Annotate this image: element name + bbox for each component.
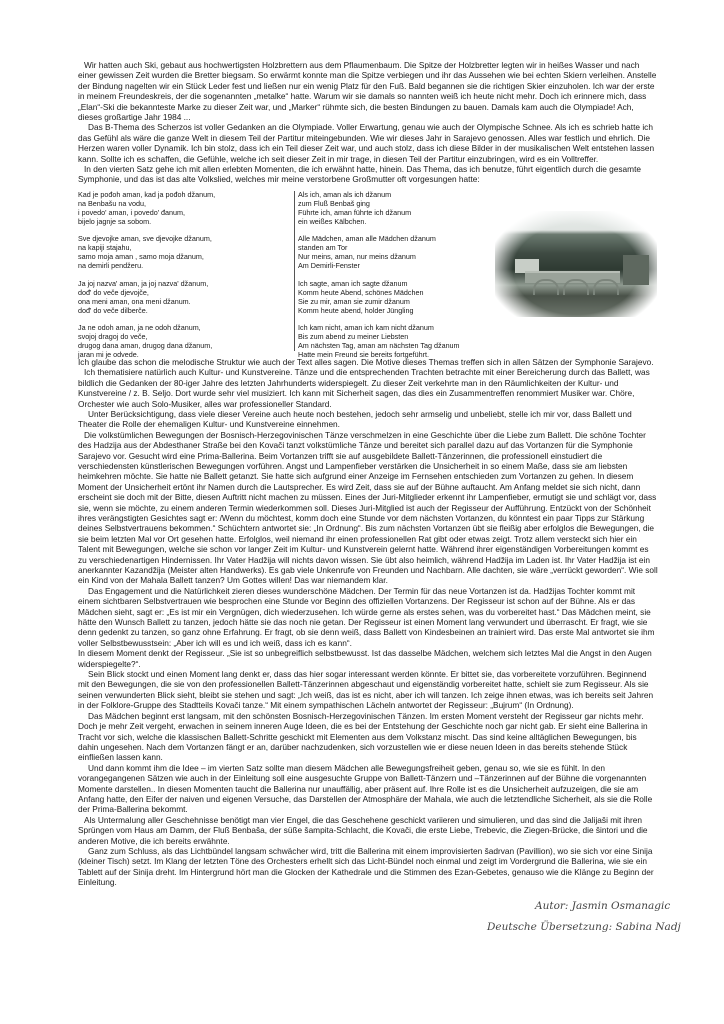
paragraph-folk-movements: Die volkstümlichen Bewegungen der Bosnis… <box>78 430 658 586</box>
paragraph-gaze: Sein Blick stockt und einen Moment lang … <box>78 669 658 711</box>
paragraph-angels: Als Untermalung aller Geschehnisse benöt… <box>78 815 658 846</box>
author-signature: Autor: Jasmin Osmanagic <box>535 900 670 912</box>
poem-stanza: Sve djevojke aman, sve djevojke džanum, … <box>78 235 283 271</box>
paragraph-b-theme: Das B-Thema des Scherzos ist voller Geda… <box>78 122 658 164</box>
folk-song-section: Kad je pođoh aman, kad ja pođoh džanum, … <box>78 191 658 351</box>
poem-stanza: Kad je pođoh aman, kad ja pođoh džanum, … <box>78 191 283 227</box>
paragraph-ski: Wir hatten auch Ski, gebaut aus hochwert… <box>78 60 658 122</box>
old-bridge-photo <box>495 211 657 317</box>
document-body: Wir hatten auch Ski, gebaut aus hochwert… <box>78 60 658 888</box>
paragraph-director-thinks: In diesem Moment denkt der Regisseur. „S… <box>78 648 658 669</box>
poem-stanza: Ich kam nicht, aman ich kam nicht džanum… <box>298 324 498 360</box>
poem-line: na demirli pendžeru. <box>78 262 283 271</box>
paragraph-engagement: Das Engagement und die Natürlichkeit zie… <box>78 586 658 648</box>
poem-line: bijelo jagnje sa sobom. <box>78 218 283 227</box>
poem-translation: Als ich, aman als ich džanum zum Fluß Be… <box>294 191 498 351</box>
poem-line: ein weißes Kälbchen. <box>298 218 498 227</box>
poem-line: dođ' do veče dilberče. <box>78 307 283 316</box>
paragraph-fourth-movement: In den vierten Satz gehe ich mit allen e… <box>78 164 658 185</box>
poem-original: Kad je pođoh aman, kad ja pođoh džanum, … <box>78 191 283 369</box>
poem-line: jaran mi je odvede. <box>78 351 283 360</box>
poem-stanza: Ja ne odoh aman, ja ne odoh džanum, svoj… <box>78 324 283 360</box>
paragraph-girl-dances: Das Mädchen beginnt erst langsam, mit de… <box>78 711 658 763</box>
poem-stanza: Ja joj nazva' aman, ja joj nazva' džanum… <box>78 280 283 316</box>
poem-line: Am Demirli-Fenster <box>298 262 498 271</box>
paragraph-culture-clubs: Ich thematisiere natürlich auch Kultur- … <box>78 367 658 409</box>
poem-stanza: Als ich, aman als ich džanum zum Fluß Be… <box>298 191 498 227</box>
poem-stanza: Alle Mädchen, aman alle Mädchen džanum s… <box>298 235 498 271</box>
paragraph-idea: Und dann kommt ihm die Idee – im vierten… <box>78 763 658 815</box>
poem-stanza: Ich sagte, aman ich sagte džanum Komm he… <box>298 280 498 316</box>
paragraph-ballet-theatre: Unter Berücksichtigung, dass viele diese… <box>78 409 658 430</box>
poem-line: Komm heute abend, holder Jüngling <box>298 307 498 316</box>
translator-signature: Deutsche Übersetzung: Sabina Nadj <box>487 921 681 933</box>
poem-line: Hatte mein Freund sie bereits fortgeführ… <box>298 351 498 360</box>
paragraph-finale: Ganz zum Schluss, als das Lichtbündel la… <box>78 846 658 888</box>
